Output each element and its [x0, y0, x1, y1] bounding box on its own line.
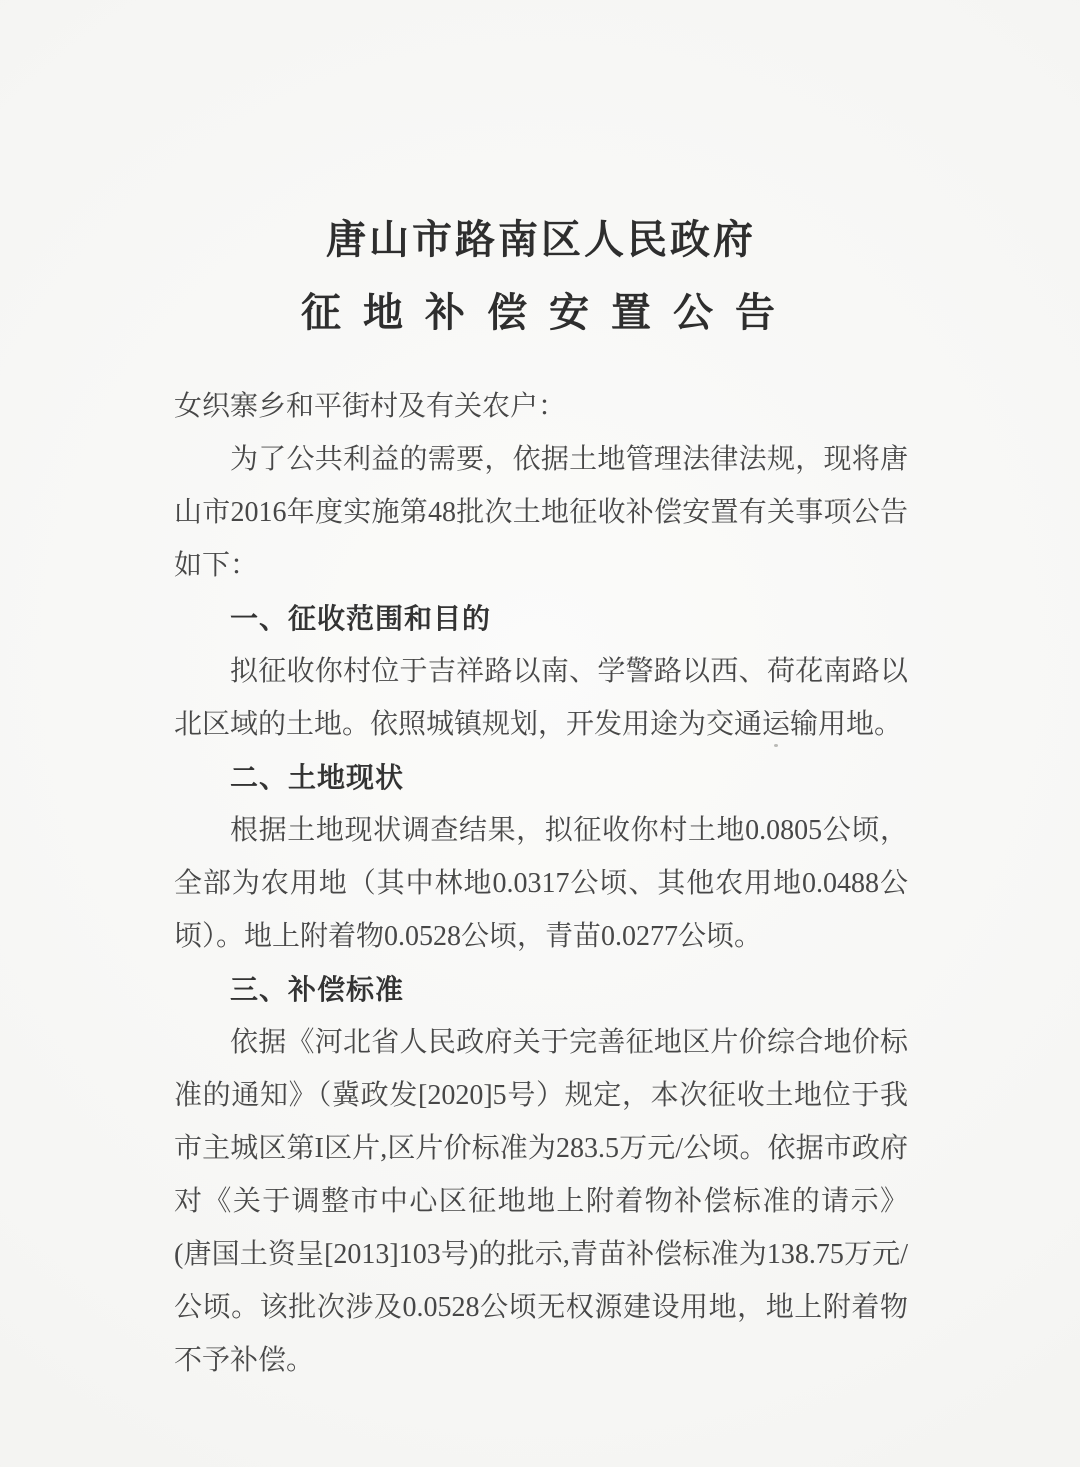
scan-speck — [627, 732, 630, 735]
document-title-line2: 征 地 补 偿 安 置 公 告 — [174, 290, 908, 336]
document-title-line1: 唐山市路南区人民政府 — [174, 217, 908, 263]
section-3-heading: 三、补偿标准 — [174, 963, 908, 1016]
section-2-paragraph: 根据土地现状调查结果，拟征收你村土地0.0805公顷，全部为农用地（其中林地0.… — [174, 804, 908, 963]
scanned-document-page: 唐山市路南区人民政府 征 地 补 偿 安 置 公 告 女织寨乡和平街村及有关农户… — [0, 0, 1080, 1467]
section-1-paragraph: 拟征收你村位于吉祥路以南、学警路以西、荷花南路以北区域的土地。依照城镇规划，开发… — [174, 645, 908, 751]
section-2-heading: 二、土地现状 — [174, 751, 908, 804]
section-3-paragraph: 依据《河北省人民政府关于完善征地区片价综合地价标准的通知》（冀政发[2020]5… — [174, 1016, 908, 1387]
section-1-heading: 一、征收范围和目的 — [174, 592, 908, 645]
document-body: 女织寨乡和平街村及有关农户： 为了公共利益的需要，依据土地管理法律法规，现将唐山… — [174, 380, 908, 1387]
scan-speck — [774, 744, 778, 747]
intro-paragraph: 为了公共利益的需要，依据土地管理法律法规，现将唐山市2016年度实施第48批次土… — [174, 433, 908, 592]
salutation-line: 女织寨乡和平街村及有关农户： — [174, 380, 908, 433]
